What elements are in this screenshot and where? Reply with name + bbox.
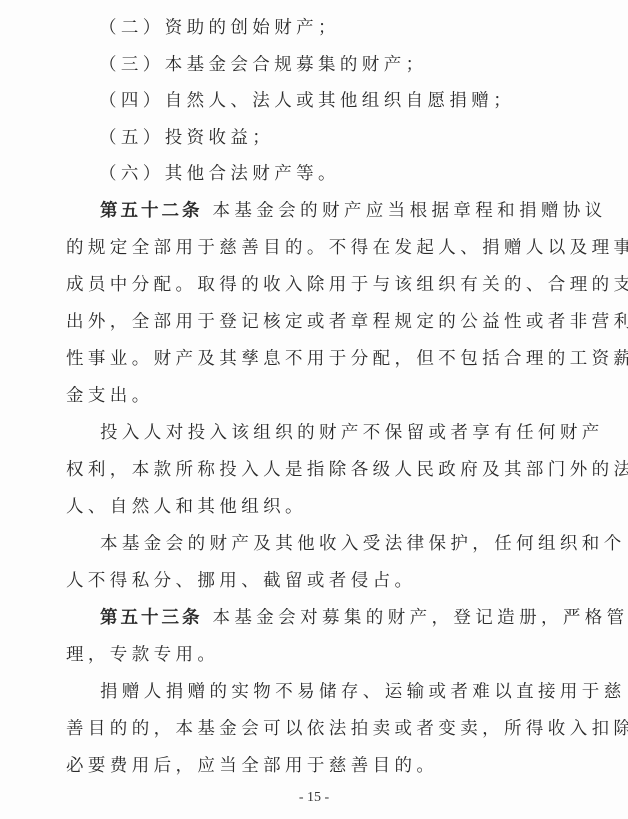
page-number: - 15 - xyxy=(0,790,628,806)
investor-para-line: 人、自然人和其他组织。 xyxy=(66,497,307,517)
donation-para-line: 捐赠人捐赠的实物不易储存、运输或者难以直接用于慈 xyxy=(100,682,626,702)
article-53-first-line: 第五十三条 本基金会对募集的财产，登记造册，严格管 xyxy=(100,608,628,628)
article-52-text: 本基金会的财产应当根据章程和捐赠协议 xyxy=(212,201,606,221)
investor-para-line: 权利，本款所称投入人是指除各级人民政府及其部门外的法 xyxy=(66,460,628,480)
article-53-heading: 第五十三条 xyxy=(100,608,203,628)
document-page: （二）资助的创始财产； （三）本基金会合规募集的财产； （四）自然人、法人或其他… xyxy=(0,0,628,819)
list-item: （四）自然人、法人或其他组织自愿捐赠； xyxy=(99,91,515,111)
article-53-text: 本基金会对募集的财产，登记造册，严格管 xyxy=(212,608,628,628)
list-item: （三）本基金会合规募集的财产； xyxy=(99,55,428,75)
list-item: （六）其他合法财产等。 xyxy=(99,164,340,184)
article-52-line: 成员中分配。取得的收入除用于与该组织有关的、合理的支 xyxy=(66,275,628,295)
protection-para-line: 人不得私分、挪用、截留或者侵占。 xyxy=(66,571,416,591)
protection-para-line: 本基金会的财产及其他收入受法律保护，任何组织和个 xyxy=(100,534,626,554)
donation-para-line: 必要费用后，应当全部用于慈善目的。 xyxy=(66,756,438,776)
article-52-heading: 第五十二条 xyxy=(100,201,203,221)
article-52-line: 出外，全部用于登记核定或者章程规定的公益性或者非营利 xyxy=(66,312,628,332)
article-52-line: 的规定全部用于慈善目的。不得在发起人、捐赠人以及理事 xyxy=(66,238,628,258)
investor-para-line: 投入人对投入该组织的财产不保留或者享有任何财产 xyxy=(100,423,604,443)
article-53-line: 理，专款专用。 xyxy=(66,645,219,665)
donation-para-line: 善目的的，本基金会可以依法拍卖或者变卖，所得收入扣除 xyxy=(66,719,628,739)
article-52-line: 金支出。 xyxy=(66,386,154,406)
article-52-line: 性事业。财产及其孳息不用于分配，但不包括合理的工资薪 xyxy=(66,349,628,369)
list-item: （二）资助的创始财产； xyxy=(99,18,340,38)
list-item: （五）投资收益； xyxy=(99,128,274,148)
article-52-first-line: 第五十二条 本基金会的财产应当根据章程和捐赠协议 xyxy=(100,201,607,221)
